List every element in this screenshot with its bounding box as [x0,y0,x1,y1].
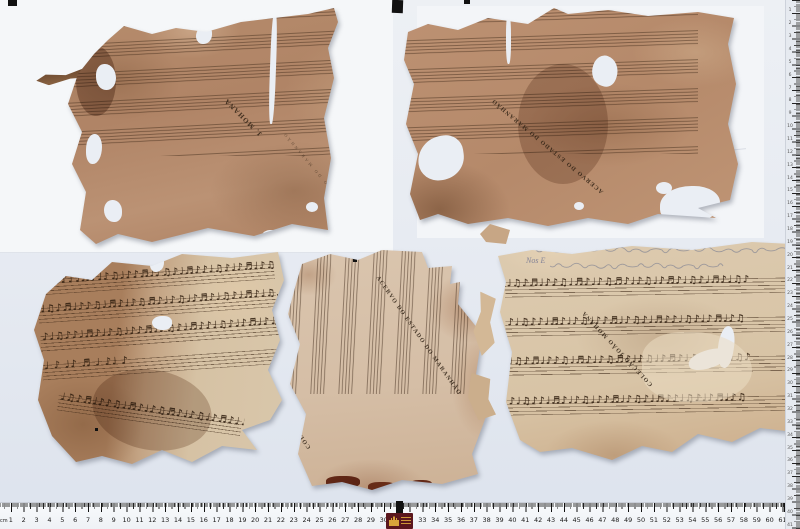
paper-fragment-bottom-left: ♪♩♫♪♪♩♬♪♩♪♫♩♪♪♬♩♪♫♪♩♬♪♪♩♫♪♩♪♬♩♪♫ ♩♫♪♬♩♪♪… [32,250,287,468]
logo-text-line [401,520,411,521]
paper-surface: ACERVO DO ESTADO DO MARANHÃO [398,4,748,246]
staff: ♪♩♫♪♪♩♬♪♩♪♫♩♪♪♬♩♪♫♪♩♬♪♪♩♫♪♩♪♬♩♪♫ [507,395,789,415]
ruler-number: 3 [31,516,43,524]
ruler-number: 15 [787,188,793,193]
ruler-number: 31 [787,394,793,399]
ruler-number: 4 [43,516,55,524]
logo-text-line [401,523,411,524]
paper-fragment-top-right: ACERVO DO ESTADO DO MARANHÃO [398,4,748,246]
ruler-number: 52 [661,516,673,524]
ruler-number: 35 [787,446,793,451]
ruler-number: 23 [288,516,300,524]
logo-building-emblem [389,516,399,526]
staff: ♩♫♪♬♩♪♪♫♩♬♪♩♪♫♬♪♩♪♫♩♪♬♪♩♫♪♩♬♪♩♫♪ [57,395,242,436]
ruler-number: 58 [738,516,750,524]
handwritten-staves-folded: ♩♫♪♬♩♪♪♫♩♬♪♩♪♫♬♪♩♪♫♩♪♬♪♩♫♪♩♬♪♩♫♪ [55,395,242,449]
ruler-number: 20 [787,253,793,258]
ruler-number: 17 [211,516,223,524]
debris [326,476,360,488]
ruler-number: 14 [172,516,184,524]
ruler-cm-ticks [792,0,800,529]
ruler-number: 3 [787,34,793,39]
ruler-number: 8 [787,98,793,103]
music-notation: ♩♫♪♬♩♪♪♫♩♬♪♩♪♫♬♪♩♪♫♩♪♬♪♩♫♪♩♬♪♩♫♪ [59,392,245,438]
ruler-number: 16 [787,201,793,206]
torn-hole [364,146,378,162]
ruler-number: 6 [69,516,81,524]
ruler-number: 59 [751,516,763,524]
ruler-number: 36 [455,516,467,524]
ruler-number: 48 [609,516,621,524]
ruler-number: 9 [108,516,120,524]
ruler-number: 25 [787,317,793,322]
ink-dot [95,428,98,431]
ruler-number: 36 [787,458,793,463]
torn-hole [262,230,280,242]
ruler-number: 5 [787,60,793,65]
ruler-number: 13 [159,516,171,524]
ruler-number: 24 [301,516,313,524]
ruler-number: 10 [787,124,793,129]
ruler-number: 7 [787,86,793,91]
ruler-number: 5 [56,516,68,524]
staff: ♪♩♫♪♪♩♬♪♩♪♫♩♪♪♬♩♪♫♪♩♬♪♪♩♫♪♩♪♬♩♪♫ [505,317,787,337]
ruler-number: 40 [506,516,518,524]
torn-hole [660,186,720,224]
music-notation: ♩♫♪♬♩♪♪♫♩♬♪♩♪♫♬♪♩♪♫♩♪♬♪♩♫♪♩♬♪♩♫♪ [508,352,790,377]
ruler-number: 30 [787,381,793,386]
ruler-cm-ticks [0,503,786,512]
ruler-number: 38 [787,484,793,489]
ruler-number: 56 [712,516,724,524]
ruler-number: 35 [442,516,454,524]
tape-mark [8,0,17,6]
ruler-number: 57 [725,516,737,524]
ruler-number: 53 [674,516,686,524]
torn-hole [96,64,116,90]
inscription-partial-text: Nos E [526,256,545,265]
ruler-number: 49 [622,516,634,524]
music-notation: ♪♩♫♪♪♩♬♪♩♪♫♩♪♪♬♩♪♫♪♩♬♪♪♩♫♪♩♪♬♩♪♫ [509,391,791,416]
paper-surface: ACERVO DO ESTADO DO MARANHÃO COLEÇÃO JOÃ… [282,244,504,500]
ruler-number: 42 [532,516,544,524]
ruler-number: 33 [416,516,428,524]
ruler-number: 22 [787,278,793,283]
ruler-number: 39 [787,497,793,502]
debris [368,482,396,492]
ruler-number: 37 [787,471,793,476]
debris [410,480,432,489]
ruler-number: 20 [249,516,261,524]
ruler-number: 47 [596,516,608,524]
ruler-number: 33 [787,420,793,425]
ruler-number: 51 [648,516,660,524]
ruler-number: 19 [787,240,793,245]
ruler-number: 14 [787,176,793,181]
torn-hole [574,202,584,210]
ruler-number: 38 [481,516,493,524]
vertical-ruler: 1234567891011121314151617181920212223242… [785,0,800,529]
ruler-number: 25 [314,516,326,524]
ruler-number: 8 [95,516,107,524]
ruler-number: 45 [571,516,583,524]
ruler-number: 55 [699,516,711,524]
torn-slit [506,14,511,64]
ruler-number: 1 [787,8,793,13]
ruler-number: 2 [18,516,30,524]
ruler-number: 54 [686,516,698,524]
ruler-number: 32 [787,407,793,412]
ruler-number: 15 [185,516,197,524]
torn-hole [104,200,122,222]
staff: ♩ ♪ ♩♪ ♬ ♩ ♪♩ ♪ [42,348,280,380]
handwritten-staves: ♩♫♪♬♩♪♪♫♩♬♪♩♪♫♬♪♩♪♫♩♪♬♪♩♫♪♩♬♪♩♫♪ ♪♩♫♪♪♩♬… [505,278,790,429]
ruler-number: 39 [494,516,506,524]
ruler-number: 13 [787,163,793,168]
scanner-bed: J. MOHANA ACERVO DO ESTADO DO MARANHÃO A… [0,0,800,529]
ruler-number: 29 [787,368,793,373]
ruler-number: 21 [787,266,793,271]
ruler-number: 1 [5,516,17,524]
ruler-number: 50 [635,516,647,524]
ruler-number: 22 [275,516,287,524]
ruler-number: 18 [787,227,793,232]
staff: ♩♫♪♬♩♪♪♫♩♬♪♩♪♫♬♪♩♪♫♩♪♬♪♩♫♪♩♬♪♩♫♪ [506,356,788,376]
ruler-number: 28 [787,356,793,361]
ruler-number: 28 [352,516,364,524]
ruler-number: 18 [223,516,235,524]
ruler-number: 44 [558,516,570,524]
ruler-number: 60 [764,516,776,524]
ruler-number: 40 [787,510,793,515]
paper-fragment-bottom-middle: ACERVO DO ESTADO DO MARANHÃO COLEÇÃO JOÃ… [282,244,504,500]
ruler-number: 26 [326,516,338,524]
faded-cursive-inscription [550,258,730,272]
ruler-number: 46 [584,516,596,524]
music-notation: ♪♩♫♪♪♩♬♪♩♪♫♩♪♪♬♩♪♫♪♩♬♪♪♩♫♪♩♪♬♩♪♫ [507,313,789,338]
ruler-number: 12 [146,516,158,524]
ruler-number: 23 [787,291,793,296]
ruler-number: 41 [519,516,531,524]
ruler-number: 16 [198,516,210,524]
ruler-number: 37 [468,516,480,524]
logo-text-line [401,517,411,518]
ruler-number: 10 [121,516,133,524]
ruler-number: 24 [787,304,793,309]
ruler-number: 17 [787,214,793,219]
music-notation: ♩♫♪♬♩♪♪♫♩♬♪♩♪♫♬♪♩♪♫♩♪♬♪♩♫♪♩♬♪♩♫♪ [507,274,789,299]
paper-fragment-bottom-right: Nos E ♩♫♪♬♩♪♪♫♩♬♪♩♪♫♬♪♩♪♫♩♪♬♪♩♫♪♩♬♪♩♫♪ ♪… [492,232,798,467]
ruler-number: 29 [365,516,377,524]
ruler-number: 11 [133,516,145,524]
ruler-number: 27 [787,343,793,348]
paper-fragment-top-left: J. MOHANA ACERVO DO ESTADO DO MARANHÃO [56,6,396,252]
paper-surface: J. MOHANA ACERVO DO ESTADO DO MARANHÃO [56,6,396,252]
ruler-number: 27 [339,516,351,524]
ruler-logo [386,513,413,529]
ruler-number: 4 [787,47,793,52]
ruler-number: 43 [545,516,557,524]
ruler-number: 34 [787,433,793,438]
ruler-number: 6 [787,73,793,78]
staff: ♩♫♪♬♩♪♪♫♩♬♪♩♪♫♬♪♩♪♫♩♪♬♪♩♫♪♩♬♪♩♫♪ [505,278,787,298]
tape-mark [353,244,357,262]
torn-hole [306,202,318,212]
ruler-number: 19 [236,516,248,524]
ruler-number: 2 [787,21,793,26]
ruler-number: 21 [262,516,274,524]
paper-surface: Nos E ♩♫♪♬♩♪♪♫♩♬♪♩♪♫♬♪♩♪♫♩♪♬♪♩♫♪♩♬♪♩♫♪ ♪… [492,232,798,467]
ruler-number: 11 [787,137,793,142]
staff-lines [398,4,698,154]
ruler-number: 34 [429,516,441,524]
paper-surface: ♪♩♫♪♪♩♬♪♩♪♫♩♪♪♬♩♪♫♪♩♬♪♪♩♫♪♩♪♬♩♪♫ ♩♫♪♬♩♪♪… [32,250,287,468]
torn-hole [152,316,172,330]
tape-mark [464,0,470,4]
ruler-number: 7 [82,516,94,524]
tape-mark [392,0,403,13]
ruler-number: 9 [787,111,793,116]
ruler-number: 41 [787,523,793,528]
ruler-number: 26 [787,330,793,335]
torn-hole [86,134,102,164]
ruler-number: 12 [787,150,793,155]
